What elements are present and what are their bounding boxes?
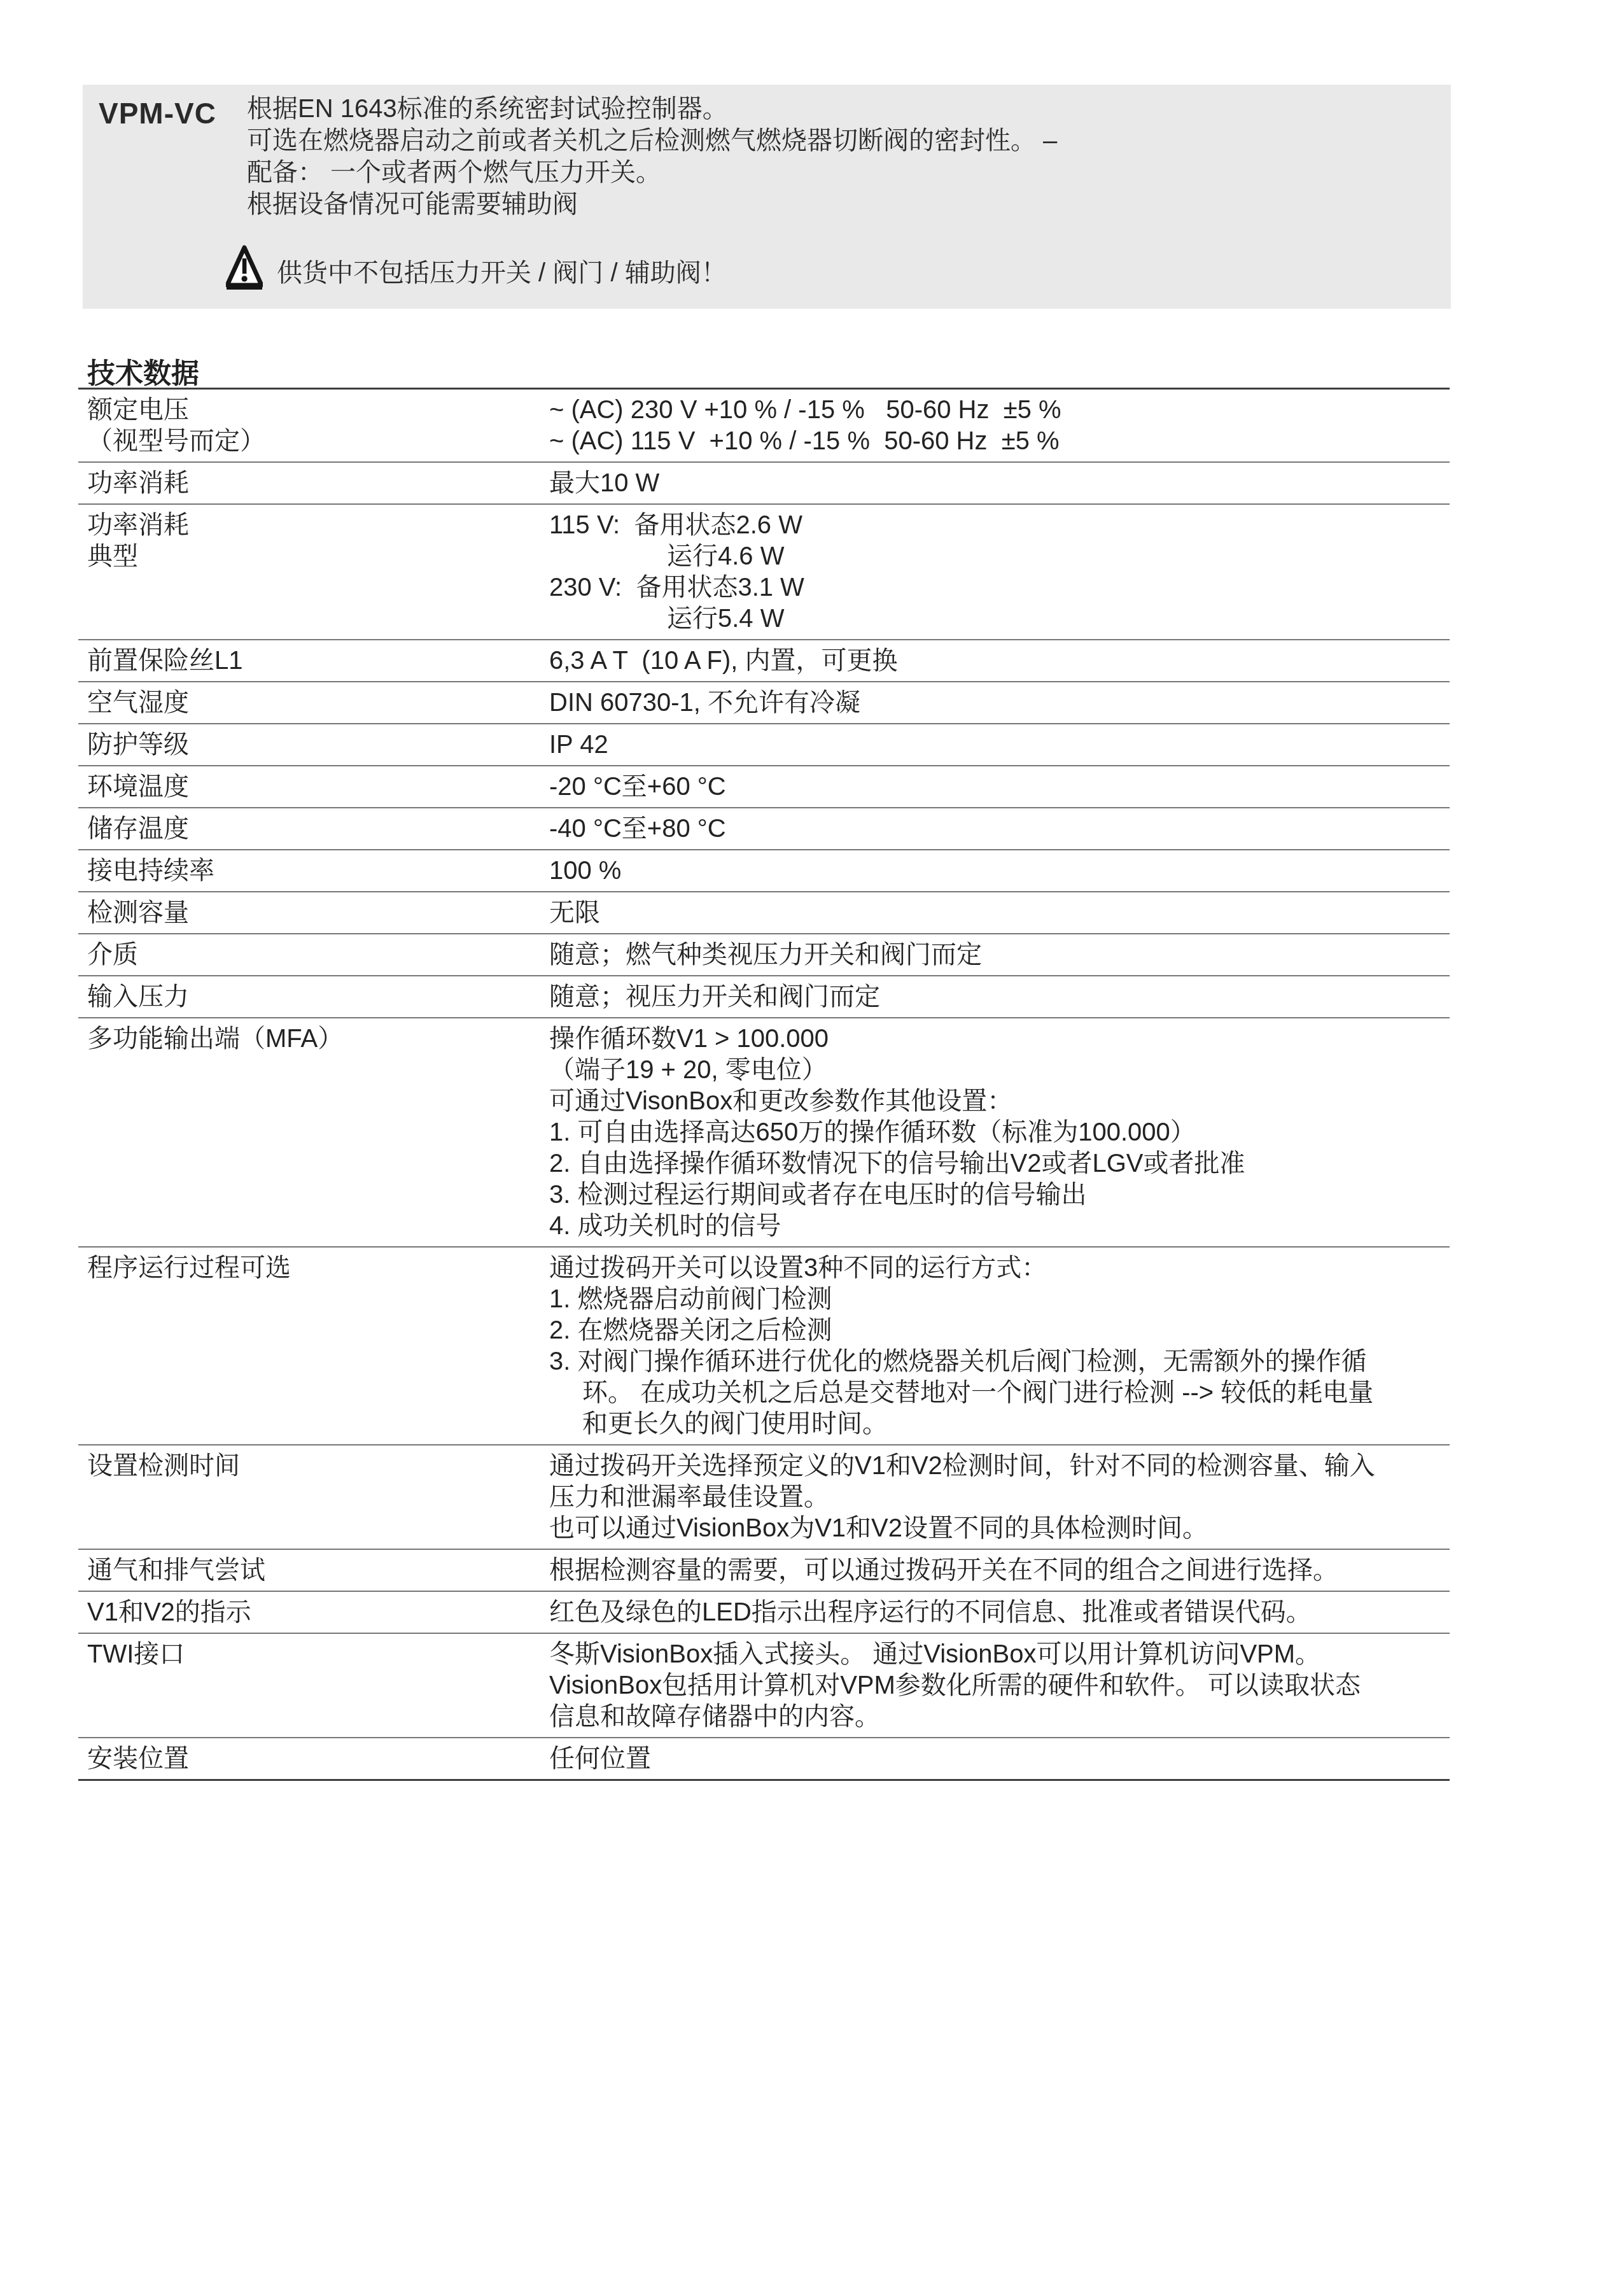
technical-data-table: 额定电压 （视型号而定） ~ (AC) 230 V +10 % / -15 % … — [78, 388, 1450, 1781]
table-row: 通气和排气尝试 根据检测容量的需要，可以通过拨码开关在不同的组合之间进行选择。 — [78, 1550, 1450, 1592]
table-row: 介质 随意；燃气种类视压力开关和阀门而定 — [78, 934, 1450, 976]
warning-text: 供货中不包括压力开关 / 阀门 / 辅助阀！ — [277, 258, 727, 290]
row-value: 随意；燃气种类视压力开关和阀门而定 — [549, 939, 1450, 971]
description-line: 根据设备情况可能需要辅助阀 — [247, 188, 1057, 220]
row-value: 任何位置 — [549, 1743, 1450, 1775]
row-label: 功率消耗 典型 — [78, 510, 549, 635]
table-row: 多功能输出端（MFA） 操作循环数V1 > 100.000 （端子19 + 20… — [78, 1018, 1450, 1248]
row-label: TWI接口 — [78, 1639, 549, 1733]
row-label: 多功能输出端（MFA） — [78, 1023, 549, 1242]
row-value: 无限 — [549, 897, 1450, 929]
row-value: 通过拨码开关选择预定义的V1和V2检测时间，针对不同的检测容量、输入 压力和泄漏… — [549, 1451, 1450, 1544]
table-row: 接电持续率 100 % — [78, 850, 1450, 892]
table-row: 检测容量 无限 — [78, 892, 1450, 934]
description-line: 配备： 一个或者两个燃气压力开关。 — [247, 157, 1057, 188]
table-row: 额定电压 （视型号而定） ~ (AC) 230 V +10 % / -15 % … — [78, 390, 1450, 463]
table-row: 环境温度 -20 °C至+60 °C — [78, 766, 1450, 808]
row-label: 通气和排气尝试 — [78, 1555, 549, 1586]
row-value: IP 42 — [549, 729, 1450, 761]
product-description: 根据EN 1643标准的系统密封试验控制器。 可选在燃烧器启动之前或者关机之后检… — [247, 93, 1057, 220]
product-header-box: VPM-VC 根据EN 1643标准的系统密封试验控制器。 可选在燃烧器启动之前… — [83, 85, 1451, 309]
row-value: 操作循环数V1 > 100.000 （端子19 + 20, 零电位） 可通过Vi… — [549, 1023, 1450, 1242]
table-row: 功率消耗 典型 115 V: 备用状态2.6 W 运行4.6 W 230 V: … — [78, 505, 1450, 640]
table-row: 功率消耗 最大10 W — [78, 463, 1450, 505]
row-value: ~ (AC) 230 V +10 % / -15 % 50-60 Hz ±5 %… — [549, 395, 1450, 457]
row-label: V1和V2的指示 — [78, 1597, 549, 1628]
row-label: 程序运行过程可选 — [78, 1253, 549, 1440]
warning-triangle-icon — [226, 245, 263, 290]
row-value: -20 °C至+60 °C — [549, 771, 1450, 803]
section-title: 技术数据 — [87, 351, 199, 391]
row-value: DIN 60730-1, 不允许有冷凝 — [549, 687, 1450, 719]
row-value: 红色及绿色的LED指示出程序运行的不同信息、批准或者错误代码。 — [549, 1597, 1450, 1628]
row-value: 100 % — [549, 855, 1450, 887]
row-label: 设置检测时间 — [78, 1451, 549, 1544]
row-value: 最大10 W — [549, 468, 1450, 499]
table-row: 设置检测时间 通过拨码开关选择预定义的V1和V2检测时间，针对不同的检测容量、输… — [78, 1445, 1450, 1550]
table-row: 前置保险丝L1 6,3 A T (10 A F), 内置，可更换 — [78, 640, 1450, 682]
row-label: 检测容量 — [78, 897, 549, 929]
datasheet-page: VPM-VC 根据EN 1643标准的系统密封试验控制器。 可选在燃烧器启动之前… — [0, 0, 1624, 2278]
row-value: 根据检测容量的需要，可以通过拨码开关在不同的组合之间进行选择。 — [549, 1555, 1450, 1586]
row-value: -40 °C至+80 °C — [549, 813, 1450, 845]
row-label: 输入压力 — [78, 981, 549, 1013]
table-row: V1和V2的指示 红色及绿色的LED指示出程序运行的不同信息、批准或者错误代码。 — [78, 1592, 1450, 1634]
row-value: 6,3 A T (10 A F), 内置，可更换 — [549, 645, 1450, 677]
description-line: 可选在燃烧器启动之前或者关机之后检测燃气燃烧器切断阀的密封性。 – — [247, 125, 1057, 157]
table-row: 程序运行过程可选 通过拨码开关可以设置3种不同的运行方式： 1. 燃烧器启动前阀… — [78, 1248, 1450, 1445]
row-label: 储存温度 — [78, 813, 549, 845]
description-line: 根据EN 1643标准的系统密封试验控制器。 — [247, 93, 1057, 125]
table-row: 空气湿度 DIN 60730-1, 不允许有冷凝 — [78, 682, 1450, 724]
row-label: 空气湿度 — [78, 687, 549, 719]
row-value: 冬斯VisionBox插入式接头。 通过VisionBox可以用计算机访问VPM… — [549, 1639, 1450, 1733]
table-row: TWI接口 冬斯VisionBox插入式接头。 通过VisionBox可以用计算… — [78, 1634, 1450, 1738]
row-label: 环境温度 — [78, 771, 549, 803]
row-label: 防护等级 — [78, 729, 549, 761]
table-row: 安装位置 任何位置 — [78, 1738, 1450, 1781]
table-row: 防护等级 IP 42 — [78, 724, 1450, 766]
table-row: 储存温度 -40 °C至+80 °C — [78, 808, 1450, 850]
row-label: 额定电压 （视型号而定） — [78, 395, 549, 457]
row-value: 通过拨码开关可以设置3种不同的运行方式： 1. 燃烧器启动前阀门检测 2. 在燃… — [549, 1253, 1450, 1440]
row-label: 前置保险丝L1 — [78, 645, 549, 677]
row-label: 介质 — [78, 939, 549, 971]
table-row: 输入压力 随意；视压力开关和阀门而定 — [78, 976, 1450, 1018]
row-label: 功率消耗 — [78, 468, 549, 499]
row-label: 安装位置 — [78, 1743, 549, 1775]
row-value: 115 V: 备用状态2.6 W 运行4.6 W 230 V: 备用状态3.1 … — [549, 510, 1450, 635]
row-value: 随意；视压力开关和阀门而定 — [549, 981, 1450, 1013]
row-label: 接电持续率 — [78, 855, 549, 887]
product-model-name: VPM-VC — [99, 96, 216, 130]
warning-note: 供货中不包括压力开关 / 阀门 / 辅助阀！ — [226, 245, 727, 290]
